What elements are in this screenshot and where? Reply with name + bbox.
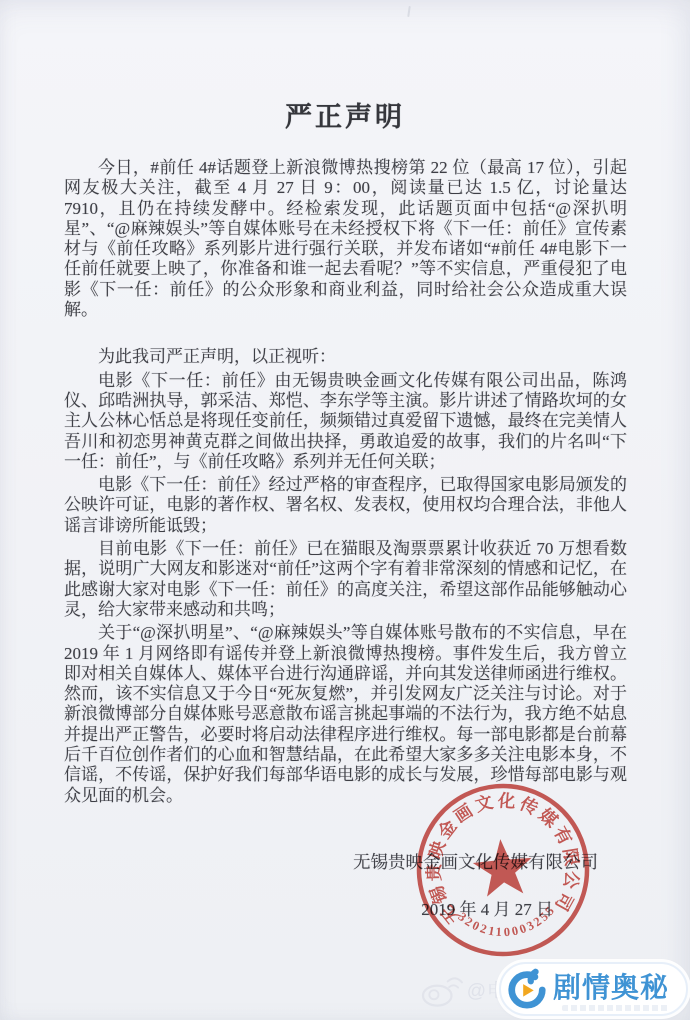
weibo-icon xyxy=(419,970,465,1008)
statement-paragraph: 关于“@深扒明星”、“@麻辣娱头”等自媒体账号散布的不实信息，早在 2019 年… xyxy=(64,623,627,806)
company-seal: 无锡贵映金画文化传媒有限公司 3202110003255 xyxy=(413,783,593,961)
statement-paragraph: 为此我司严正声明，以正视听： xyxy=(64,347,627,367)
brand-droplet-icon xyxy=(506,967,548,1009)
statement-paragraph: 电影《下一任：前任》由无锡贵映金画文化传媒有限公司出品，陈鸿仪、邱晧洲执导，郭采… xyxy=(64,371,627,472)
statement-paragraph: 今日，#前任 4#话题登上新浪微博热搜榜第 22 位（最高 17 位），引起网友… xyxy=(64,158,627,320)
page-title: 严正声明 xyxy=(0,0,690,131)
brand-badge-label: 剧情奥秘 xyxy=(553,974,669,1002)
seal-serial-number: 3202110003255 xyxy=(455,901,561,943)
scanned-statement-page: 严正声明 今日，#前任 4#话题登上新浪微博热搜榜第 22 位（最高 17 位）… xyxy=(0,0,690,1020)
statement-paragraph: 目前电影《下一任：前任》已在猫眼及淘票票累计收获近 70 万想看数据，说明广大网… xyxy=(64,539,627,620)
watermark-bar: @电 剧情奥秘 xyxy=(419,962,688,1016)
svg-text:3202110003255: 3202110003255 xyxy=(455,901,561,943)
seal-star-icon xyxy=(471,837,535,898)
statement-paragraph: 电影《下一任：前任》经过严格的审查程序，已取得国家电影局颁发的公映许可证，电影的… xyxy=(64,475,627,536)
brand-badge: 剧情奥秘 xyxy=(499,962,688,1016)
play-icon xyxy=(523,984,534,996)
badge-subtext-strip xyxy=(562,1005,670,1011)
statement-body: 今日，#前任 4#话题登上新浪微博热搜榜第 22 位（最高 17 位），引起网友… xyxy=(64,158,627,806)
